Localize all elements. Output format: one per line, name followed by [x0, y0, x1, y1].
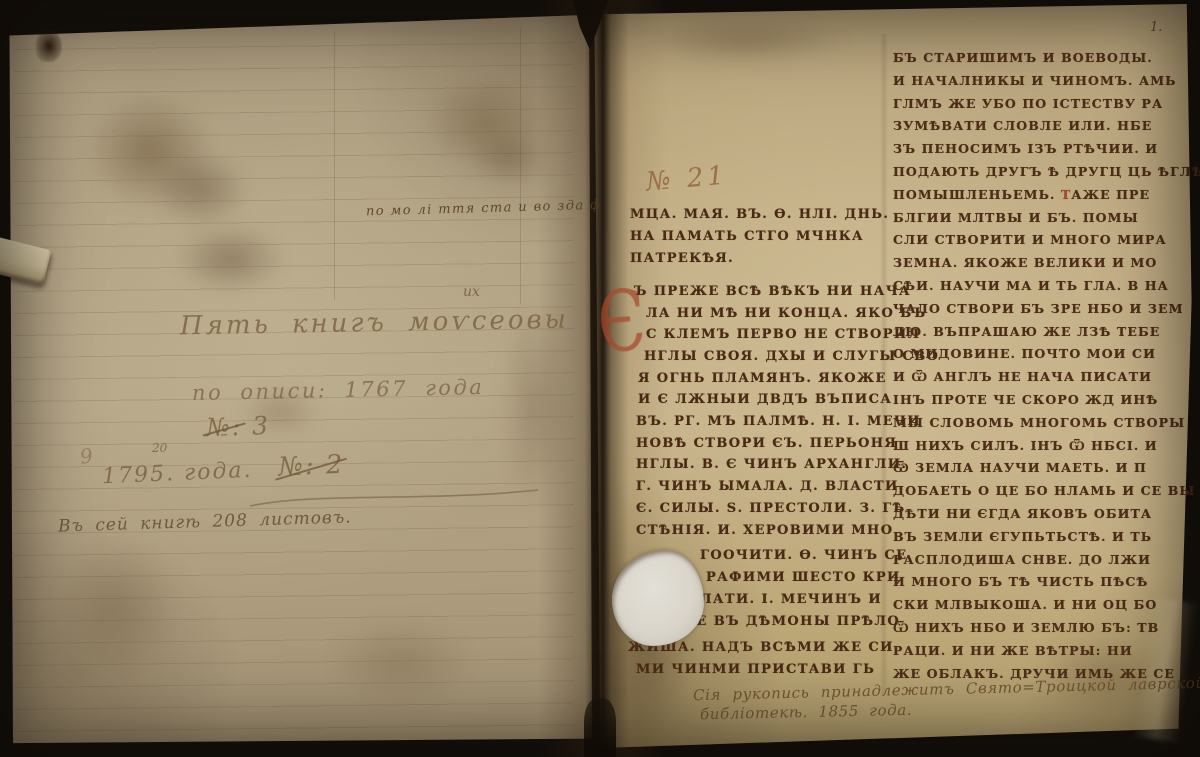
superscript-20: 20 — [152, 441, 167, 455]
ustav-line: гоочити. ѳ. чинъ се — [700, 548, 907, 563]
ustav-line: г. чинъ ымала. д. власти. — [636, 479, 905, 494]
margin-fragment: 9 — [78, 443, 94, 469]
ustav-line: чало створи бъ зре нбо и зем — [893, 301, 1184, 316]
ink-blot — [36, 30, 62, 62]
ustav-line: я огнь пламянъ. якоже — [638, 371, 887, 386]
ustav-line: ѿ нихъ нбо и землю бъ: тв — [893, 620, 1159, 636]
ustav-line: и много бъ тѣ чисть пѣсѣ — [893, 574, 1149, 589]
numero-sign: №: 2 — [278, 450, 345, 483]
ustav-line: ѿ земла научи маеть. и п — [893, 460, 1147, 476]
ustav-line: ми чинми пристави гь — [636, 662, 875, 677]
ustav-line: зъ пеносимъ ізъ ртѣчии. и — [893, 141, 1158, 156]
inventory-number-value: 3 — [242, 411, 271, 441]
ustav-line: мца. мая. въ. ѳ. нлі. днь. — [630, 207, 889, 222]
ustav-line: о мидовине. почто мои си — [893, 346, 1156, 361]
numero-sign: №: — [206, 412, 243, 442]
ustav-line: ски млвыкоша. и ни оц бо — [893, 597, 1157, 612]
ustav-line: на памать стго мчнка — [630, 229, 864, 244]
rubricated-letter: т — [1061, 187, 1071, 202]
ustav-line: раци. и ни же вѣтры: ни — [893, 643, 1133, 658]
ustav-line: бъ старишимъ и воеводы. — [893, 50, 1153, 65]
ustav-line: сѣи. научи ма и ть гла. в на — [893, 278, 1169, 293]
binding-edge-bottom — [584, 698, 616, 757]
ustav-line: подають другъ ѣ другц ць ѣглѣ — [893, 164, 1200, 179]
ustav-line: расплодиша снве. до лжи — [893, 552, 1151, 567]
ustav-line: зумѣвати словле или. нбе — [893, 118, 1152, 133]
ustav-line: нглы. в. є чинъ архангли. — [636, 457, 907, 472]
ustav-line: блгии млтвы и бъ. помы — [893, 210, 1139, 225]
ustav-line: інъ проте че скоро жд инѣ — [893, 392, 1158, 407]
ruled-column-line — [334, 32, 335, 300]
ustav-line: новѣ створи єъ. перьоня — [636, 436, 897, 451]
ustav-line: с клемъ перво не створил — [646, 327, 920, 342]
folio-number: 1. — [1150, 20, 1162, 35]
ustav-line: въ. рг. мъ палмѣ. н. і. мечи — [636, 414, 921, 429]
ustav-line: стѣнія. и. херовими мно — [636, 523, 893, 538]
ustav-line: патрекѣя. — [630, 251, 734, 266]
manuscript-photo: по мо лі ття ста и во зда ф Пять книгъ м… — [0, 0, 1200, 757]
ustav-line: рафими шесто кри — [706, 570, 901, 585]
ruled-column-line — [520, 28, 521, 304]
ustav-line: добаеть о це бо нламь и се вы — [893, 483, 1196, 498]
ustav-line: въ земли єгупьтьстѣ. и ть — [893, 529, 1152, 544]
ustav-line: глмъ же убо по істеству ра — [893, 96, 1163, 111]
ustav-line: сли створити и много мира — [893, 232, 1167, 247]
ustav-line: лати. і. мечинъ и — [700, 592, 882, 607]
ustav-line: помышленьемь. таже пре — [893, 187, 1150, 202]
ustav-line: и началникы и чиномъ. амь — [893, 73, 1177, 88]
ustav-line: же въ дѣмоны прѣло — [678, 614, 900, 629]
inventory-number-3: №: 3 — [206, 411, 271, 442]
title-superscript: их — [463, 284, 480, 300]
ustav-line: ъ преже всѣ вѣкъ ни нача — [634, 284, 911, 299]
ustav-line: дѣти ни єгда яковъ обита — [893, 506, 1152, 521]
ustav-line: мы словомь многомь створы — [893, 415, 1185, 430]
ustav-line: лю. въпрашаю же лзѣ тебе — [893, 324, 1160, 339]
ustav-line: земна. якоже велики и мо — [893, 255, 1157, 270]
year-1795: 1795. года. — [102, 458, 253, 490]
ustav-line: ла ни мѣ ни конца. яко бъ — [646, 306, 926, 321]
ustav-line: ш нихъ силъ. інъ ѿ нбсі. и — [893, 438, 1158, 454]
ustav-line: є. силы. ѕ. престоли. з. гѣ — [636, 501, 905, 516]
ustav-line: и є лжныи двдъ въписа — [638, 392, 892, 407]
ustav-line: и ѿ англъ не нача писати — [893, 369, 1152, 385]
ustav-line: же облакъ. дручи имь же се — [893, 666, 1175, 681]
